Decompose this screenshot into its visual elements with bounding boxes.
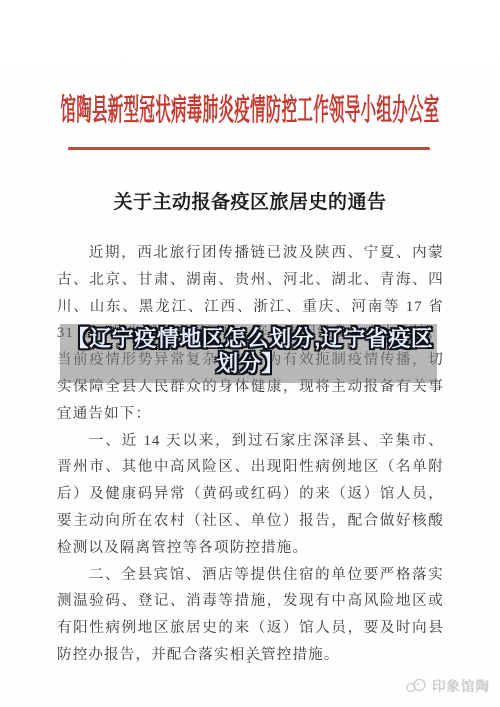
watermark: 印象馆陶 [405,675,490,695]
notice-title: 关于主动报备疫区旅居史的通告 [0,190,500,216]
watermark-label: 印象馆陶 [432,675,490,695]
page-number: - 1 - [0,652,500,667]
document-page: 馆陶县新型冠状病毒肺炎疫情防控工作领导小组办公室 关于主动报备疫区旅居史的通告 … [0,0,500,707]
watermark-logo-icon [405,677,427,693]
body-paragraph-item-1: 一、近 14 天以来，到过石家庄深泽县、辛集市、晋州市、其他中高风险区、出现阳性… [57,428,444,562]
caption-overlay-text: 【辽宁疫情地区怎么划分,辽宁省疫区划分】 [60,326,440,376]
header-divider-rule [68,147,430,150]
header-office-name: 馆陶县新型冠状病毒肺炎疫情防控工作领导小组办公室 [0,69,500,155]
notice-body: 近期，西北旅行团传播链已波及陕西、宁夏、内蒙古、北京、甘肃、湖南、贵州、河北、湖… [57,240,444,669]
